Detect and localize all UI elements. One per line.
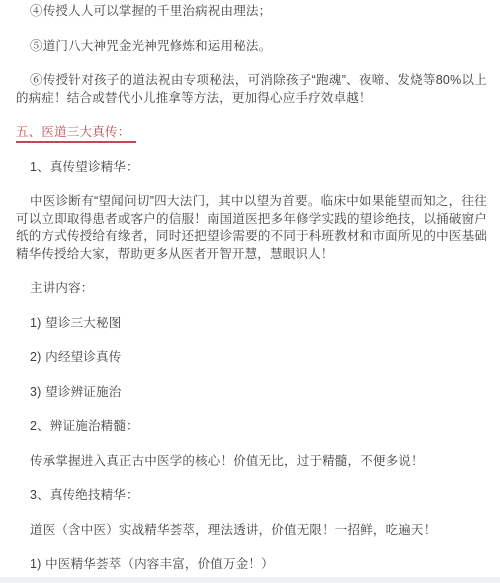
point-item-5: ⑤道门八大神咒金光神咒修炼和运用秘法。 bbox=[16, 38, 487, 56]
subsection-title-2: 2、辨证施治精髓： bbox=[16, 418, 487, 436]
lecture-item-2: 2) 内经望诊真传 bbox=[16, 349, 487, 367]
lecture-item-3: 3) 望诊辨证施治 bbox=[16, 384, 487, 402]
footer-divider bbox=[0, 577, 500, 583]
section-heading-text: 五、医道三大真传： bbox=[16, 125, 136, 143]
subsection-title-3: 3、真传绝技精华： bbox=[16, 487, 487, 505]
lecture-content-label: 主讲内容： bbox=[16, 280, 487, 298]
lecture-item-jinghua: 1) 中医精华荟萃（内容丰富，价值万金！） bbox=[16, 556, 487, 574]
paragraph-wangzhen-intro: 中医诊断有“望闻问切”四大法门，其中以望为首要。临床中如果能望而知之，往往可以立… bbox=[16, 193, 487, 263]
section-heading: 五、医道三大真传： bbox=[16, 124, 487, 142]
article-body: ④传授人人可以掌握的千里治病祝由理法； ⑤道门八大神咒金光神咒修炼和运用秘法。 … bbox=[0, 0, 500, 574]
paragraph-daoyi: 道医（含中医）实战精华荟萃，理法透讲，价值无限！一招鲜，吃遍天！ bbox=[16, 522, 487, 540]
lecture-item-1: 1) 望诊三大秘图 bbox=[16, 315, 487, 333]
paragraph-bianzheng: 传承掌握进入真正古中医学的核心！价值无比，过于精髓，不便多说！ bbox=[16, 453, 487, 471]
point-item-6: ⑥传授针对孩子的道法祝由专项秘法，可消除孩子“跑魂”、夜啼、发烧等80%以上的病… bbox=[16, 72, 487, 107]
subsection-title-1: 1、真传望诊精华： bbox=[16, 159, 487, 177]
point-item-4: ④传授人人可以掌握的千里治病祝由理法； bbox=[16, 3, 487, 21]
